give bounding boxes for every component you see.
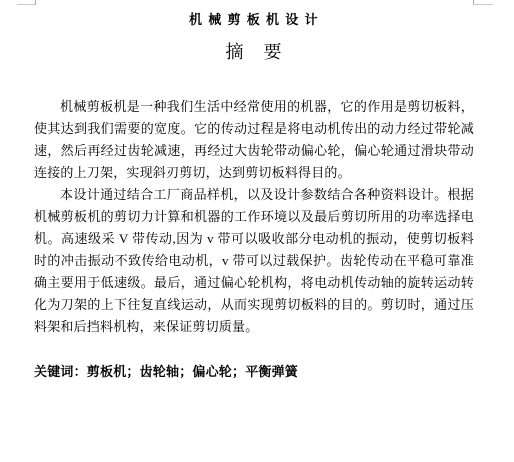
keywords-line: 关键词：剪板机；齿轮轴；偏心轮；平衡弹簧	[34, 364, 474, 379]
document-title: 机 械 剪 板 机 设 计	[34, 12, 474, 27]
abstract-heading: 摘 要	[34, 42, 474, 62]
document-page: 机 械 剪 板 机 设 计 摘 要 机械剪板机是一种我们生活中经常使用的机器，它…	[0, 0, 514, 462]
margin-crop-mark-top-right	[473, 0, 493, 5]
abstract-paragraph-1: 机械剪板机是一种我们生活中经常使用的机器，它的作用是剪切板料，使其达到我们需要的…	[34, 96, 474, 184]
abstract-body: 机械剪板机是一种我们生活中经常使用的机器，它的作用是剪切板料，使其达到我们需要的…	[34, 96, 474, 338]
page-content: 机 械 剪 板 机 设 计 摘 要 机械剪板机是一种我们生活中经常使用的机器，它…	[34, 0, 474, 379]
abstract-paragraph-2: 本设计通过结合工厂商品样机，以及设计参数结合各种资料设计。根据机械剪板机的剪切力…	[34, 184, 474, 338]
